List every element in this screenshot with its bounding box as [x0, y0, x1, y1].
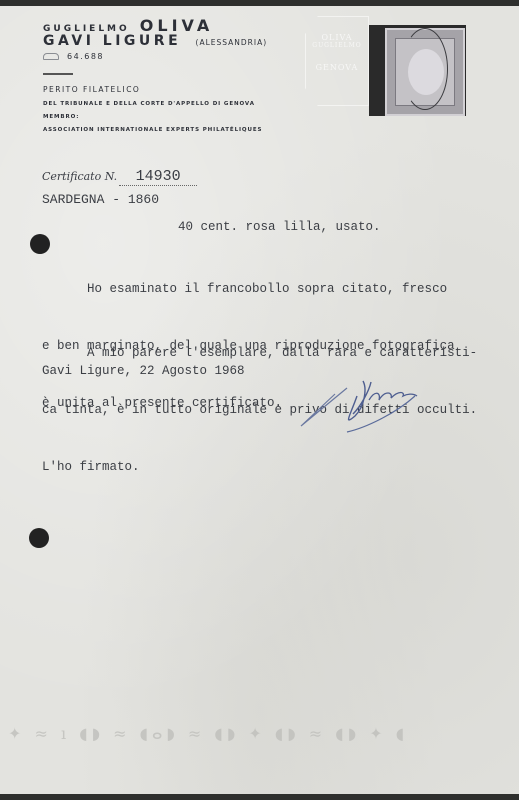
association: ASSOCIATION INTERNATIONALE EXPERTS PHILA… [43, 127, 267, 133]
punch-hole [29, 528, 49, 548]
phone-number: 64.688 [67, 52, 104, 61]
postmark [402, 28, 448, 110]
paper-watermark: ✦ ≈ ı ◖◗ ≈ ◖ⴰ◗ ≈ ◖◗ ✦ ◖◗ ≈ ◖◗ ✦ ◖ [8, 724, 513, 744]
divider [43, 73, 73, 75]
seal-line-1: OLIVA [306, 33, 368, 42]
telephone-icon [43, 53, 59, 60]
country-year: SARDEGNA - 1860 [42, 190, 159, 209]
certificate-sheet: GUGLIELMO OLIVA GAVI LIGURE (ALESSANDRIA… [0, 6, 519, 794]
seal-line-2: GUGLIELMO [306, 42, 368, 49]
paragraph-1-line: Ho esaminato il francobollo sopra citato… [42, 280, 455, 299]
certificate-number-line: Certificato N.14930 [42, 168, 197, 186]
letterhead: GUGLIELMO OLIVA GAVI LIGURE (ALESSANDRIA… [43, 16, 267, 133]
city-name: GAVI LIGURE [43, 33, 181, 49]
phone: 64.688 [43, 52, 267, 61]
stamp-image [385, 28, 465, 116]
embossed-seal: OLIVA GUGLIELMO GENOVA [305, 16, 369, 106]
place-date: Gavi Ligure, 22 Agosto 1968 [42, 362, 245, 381]
seal-line-3: GENOVA [306, 63, 368, 72]
signature [295, 366, 465, 441]
tribunal: DEL TRIBUNALE E DELLA CORTE D'APPELLO DI… [43, 101, 267, 107]
stamp-photograph [369, 25, 466, 116]
role: PERITO FILATELICO [43, 85, 267, 94]
stamp-description: 40 cent. rosa lilla, usato. [178, 218, 381, 237]
paragraph-2-line: L'ho firmato. [42, 458, 477, 477]
city: GAVI LIGURE (ALESSANDRIA) [43, 33, 267, 49]
province: (ALESSANDRIA) [196, 38, 268, 47]
certificate-number: 14930 [119, 168, 197, 186]
paragraph-2-line: A mio parere l'esemplare, dalla rara e c… [42, 344, 477, 363]
member-label: MEMBRO: [43, 114, 267, 120]
certificate-label: Certificato N. [42, 170, 117, 183]
punch-hole [30, 234, 50, 254]
